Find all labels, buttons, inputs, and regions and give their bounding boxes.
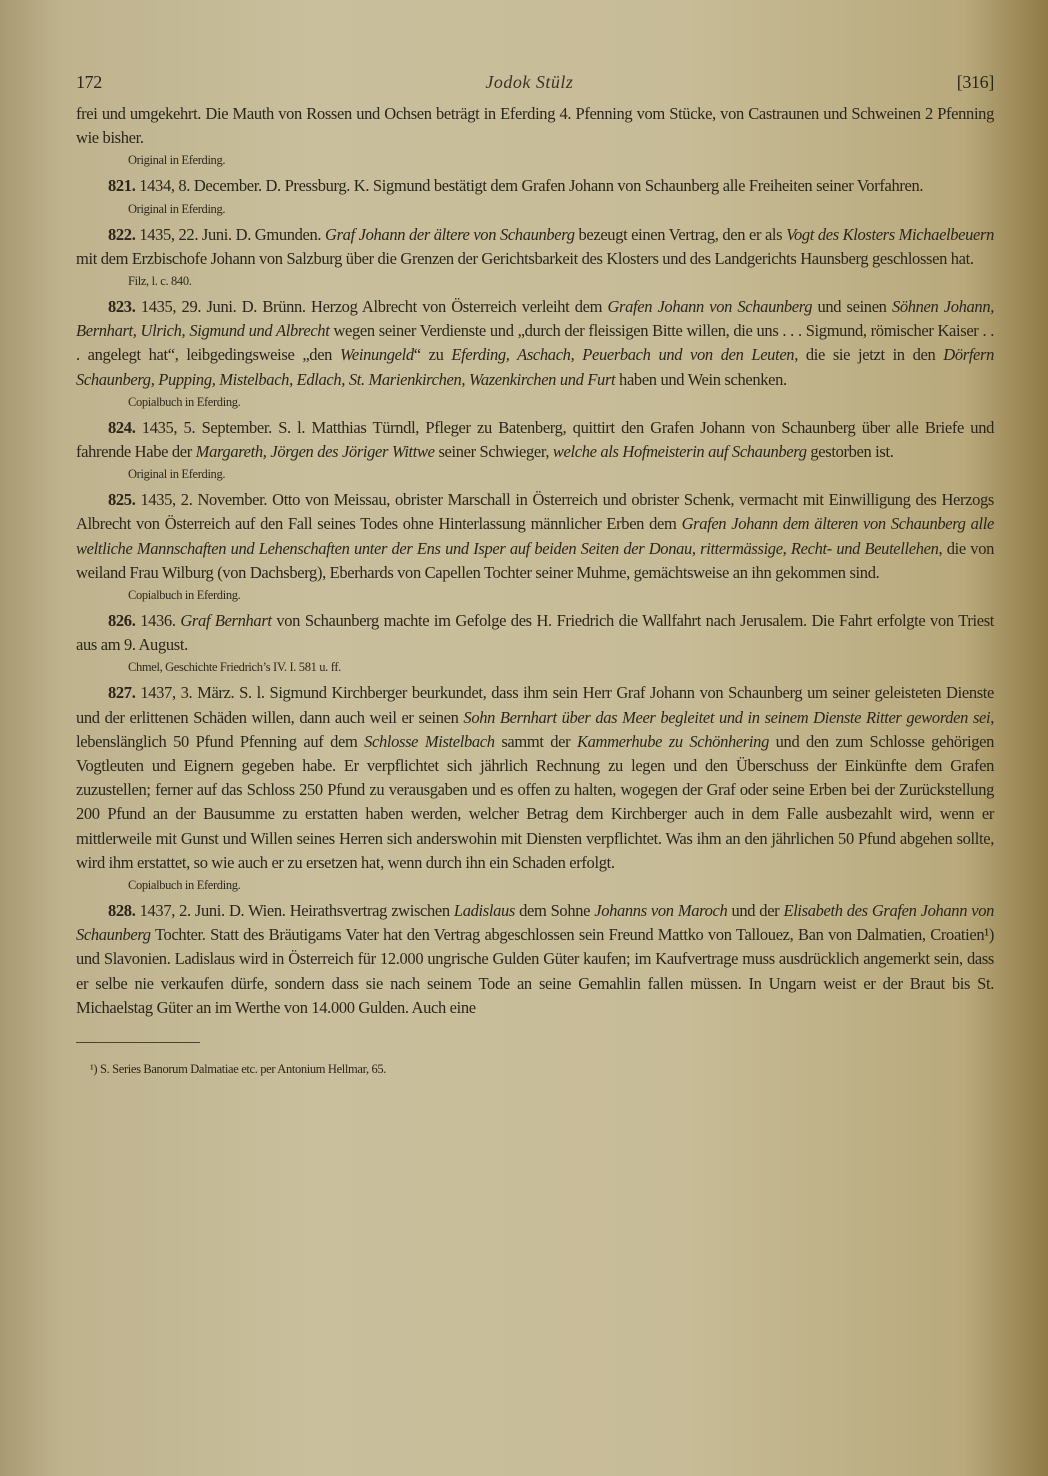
source-note: Filz, l. c. 840.: [76, 271, 994, 291]
italic-text: Graf Bernhart: [180, 611, 271, 630]
italic-text: Schlosse Mistelbach: [364, 732, 495, 751]
footnote-divider: [76, 1042, 200, 1043]
italic-text: Weinungeld: [340, 345, 414, 364]
running-title: Jodok Stülz: [485, 70, 573, 94]
italic-text: Vogt des Klosters Michaelbeuern: [786, 225, 994, 244]
source-note: Chmel, Geschichte Friedrich’s IV. I. 581…: [76, 657, 994, 677]
entry-text: sammt der: [495, 732, 577, 751]
entry-text: Tochter. Statt des Bräutigams Vater hat …: [76, 925, 994, 1017]
entry-number: 828.: [108, 901, 135, 920]
entry-number: 826.: [108, 611, 135, 630]
entry-text: und seinen: [812, 297, 892, 316]
book-page: 172 Jodok Stülz [316] frei und umgekehrt…: [76, 70, 994, 1081]
entry-text: und den zum Schlosse gehörigen Vogtleute…: [76, 732, 994, 872]
source-note: Original in Eferding.: [76, 150, 994, 170]
entry-text: dem Sohne: [515, 901, 594, 920]
bracket-page-number: [316]: [957, 70, 994, 94]
document-entry: 821. 1434, 8. December. D. Pressburg. K.…: [76, 174, 994, 198]
document-entry: 824. 1435, 5. September. S. l. Matthias …: [76, 416, 994, 464]
document-entry: 827. 1437, 3. März. S. l. Sigmund Kirchb…: [76, 681, 994, 875]
entry-number: 823.: [108, 297, 135, 316]
italic-text: Eferding, Aschach, Peuerbach und von den…: [451, 345, 794, 364]
entry-text: und der: [727, 901, 783, 920]
italic-text: Johanns von Maroch: [594, 901, 727, 920]
running-head: 172 Jodok Stülz [316]: [76, 70, 994, 98]
entry-text: haben und Wein schenken.: [615, 370, 787, 389]
source-note: Copialbuch in Eferding.: [76, 392, 994, 412]
footnote-text: S. Series Banorum Dalmatiae etc. per Ant…: [97, 1062, 386, 1076]
italic-text: Kammerhube zu Schönhering: [577, 732, 769, 751]
document-entry: 822. 1435, 22. Juni. D. Gmunden. Graf Jo…: [76, 223, 994, 271]
entry-text: gestorben ist.: [807, 442, 894, 461]
document-entry: 826. 1436. Graf Bernhart von Schaunberg …: [76, 609, 994, 657]
document-entry: 825. 1435, 2. November. Otto von Meissau…: [76, 488, 994, 585]
source-note: Copialbuch in Eferding.: [76, 585, 994, 605]
italic-text: Margareth, Jörgen des Jöriger Wittwe: [196, 442, 435, 461]
document-entry: 828. 1437, 2. Juni. D. Wien. Heirathsver…: [76, 899, 994, 1020]
source-note: Original in Eferding.: [76, 199, 994, 219]
entry-text: “ zu: [414, 345, 452, 364]
entry-text: mit dem Erzbischofe Johann von Salzburg …: [76, 249, 974, 268]
entry-number: 821.: [108, 176, 135, 195]
italic-text: Ladislaus: [454, 901, 515, 920]
entry-text: bezeugt einen Vertrag, den er als: [575, 225, 786, 244]
entry-number: 822.: [108, 225, 135, 244]
entry-text: seiner Schwieger,: [435, 442, 553, 461]
source-note: Copialbuch in Eferding.: [76, 875, 994, 895]
page-number: 172: [76, 70, 102, 94]
entry-number: 825.: [108, 490, 135, 509]
continuation-paragraph: frei und umgekehrt. Die Mauth von Rossen…: [76, 102, 994, 150]
footnote: ¹) S. Series Banorum Dalmatiae etc. per …: [76, 1057, 994, 1081]
document-entry: 823. 1435, 29. Juni. D. Brünn. Herzog Al…: [76, 295, 994, 392]
entry-number: 827.: [108, 683, 135, 702]
entry-text: 1437, 2. Juni. D. Wien. Heirathsvertrag …: [135, 901, 453, 920]
entry-text: 1435, 29. Juni. D. Brünn. Herzog Albrech…: [135, 297, 607, 316]
entries-list: 821. 1434, 8. December. D. Pressburg. K.…: [76, 174, 994, 1020]
entry-text: 1435, 22. Juni. D. Gmunden.: [135, 225, 325, 244]
source-note: Original in Eferding.: [76, 464, 994, 484]
entry-number: 824.: [108, 418, 135, 437]
italic-text: Graf Johann der ältere von Schaunberg: [325, 225, 575, 244]
italic-text: Grafen Johann von Schaunberg: [607, 297, 812, 316]
entry-text: , die sie jetzt in den: [794, 345, 943, 364]
italic-text: Sohn Bernhart über das Meer begleitet un…: [463, 708, 990, 727]
entry-text: 1434, 8. December. D. Pressburg. K. Sigm…: [135, 176, 923, 195]
entry-text: 1436.: [135, 611, 180, 630]
italic-text: welche als Hofmeisterin auf Schaunberg: [553, 442, 807, 461]
